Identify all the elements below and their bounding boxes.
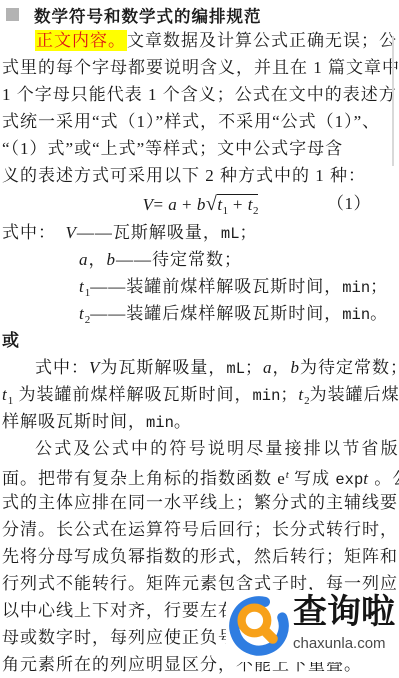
text-run: 公式及公式中的符号说明尽量接排以节省版 xyxy=(35,439,399,458)
text-line: 式里的每个字母都要说明含义，并且在 1 篇文章中 xyxy=(2,54,399,81)
text-run: 或 xyxy=(2,331,20,350)
text-run: exp xyxy=(335,471,363,489)
text-run: 写成 xyxy=(289,469,336,488)
radical-sign: √ xyxy=(206,193,217,215)
text-run: 式里的每个字母都要说明含义，并且在 1 篇文章中 xyxy=(2,58,399,77)
text-run: = xyxy=(153,195,168,214)
text-run: 样解吸瓦斯时间， xyxy=(2,412,146,431)
brand-domain: chaxunla.com xyxy=(293,636,395,652)
text-run: min xyxy=(252,387,280,405)
text-run: a xyxy=(263,358,273,377)
text-line: 义的表述方式可采用以下 2 种方式中的 1 种： xyxy=(2,162,399,189)
text-line: 式中： V——瓦斯解吸量，mL； xyxy=(2,219,399,246)
text-run: mL xyxy=(226,360,245,378)
right-edge-divider xyxy=(392,36,394,166)
text-run: ； xyxy=(280,385,298,404)
text-run: 义的表述方式可采用以下 2 种方式中的 1 种： xyxy=(2,166,366,185)
text-line: a，b——待定常数； xyxy=(2,246,399,273)
text-run: 为瓦斯解吸量， xyxy=(100,358,226,377)
text-run: ——待定常数； xyxy=(116,250,242,269)
text-run: 式的主体应排在同一水平线上；繁分式的主辅线要 xyxy=(2,493,398,512)
text-line: 公式及公式中的符号说明尽量接排以节省版 xyxy=(2,435,399,462)
text-run: a xyxy=(168,195,177,214)
text-run: + xyxy=(177,195,197,214)
text-line: 式中：V为瓦斯解吸量，mL；a，b为待定常数； xyxy=(2,354,399,381)
text-run: 为装罐前煤样解吸瓦斯时间， xyxy=(13,385,252,404)
text-line: t1 为装罐前煤样解吸瓦斯时间，min；t2为装罐后煤 xyxy=(2,381,399,408)
watermark-text: 查询啦 chaxunla.com xyxy=(293,590,395,652)
text-run: V xyxy=(66,223,77,242)
text-run: 先将分母写成负幂指数的形式，然后转行；矩阵和 xyxy=(2,547,398,566)
text-run: ； xyxy=(245,358,263,377)
equation-number: （1） xyxy=(327,189,371,219)
highlighted-text: 正文内容。 xyxy=(35,30,127,51)
text-line: 式的主体应排在同一水平线上；繁分式的主辅线要 xyxy=(2,489,399,516)
text-run: 式中： xyxy=(2,223,66,242)
text-run: 为装罐后煤 xyxy=(310,385,399,404)
text-run: min xyxy=(146,414,174,432)
text-run: V xyxy=(143,195,154,214)
page-title: 数学符号和数学式的编排规范 xyxy=(34,3,262,27)
document-body: 正文内容。文章数据及计算公式正确无误；公式里的每个字母都要说明含义，并且在 1 … xyxy=(2,27,399,678)
text-run: 2 xyxy=(253,205,259,217)
text-run: ——瓦斯解吸量， xyxy=(77,223,221,242)
section-heading: 数学符号和数学式的编排规范 xyxy=(2,0,399,27)
text-run: 。 xyxy=(174,412,192,431)
text-run: 分清。长公式在运算符号后回行；长分式转行时， xyxy=(2,520,398,539)
text-run: 式统一采用“式（1）”样式，不采用“公式（1）”、 xyxy=(2,112,380,131)
text-run: + xyxy=(228,195,248,214)
text-run: 母或数字时，每列应使正负号 xyxy=(2,628,236,647)
text-run: ， xyxy=(89,250,107,269)
text-line: 先将分母写成负幂指数的形式，然后转行；矩阵和 xyxy=(2,543,399,570)
text-line: 1 个字母只能代表 1 个含义；公式在文中的表述方 xyxy=(2,81,399,108)
blue-ring xyxy=(227,594,290,657)
magnifier-handle xyxy=(265,631,273,639)
text-run: b xyxy=(291,358,301,377)
text-run: min xyxy=(342,279,370,297)
text-line: t1——装罐前煤样解吸瓦斯时间，min； xyxy=(2,273,399,300)
square-bullet-icon xyxy=(6,8,19,21)
formula-line: V= a + b√t1 + t2（1） xyxy=(2,189,399,219)
text-line: 样解吸瓦斯时间，min。 xyxy=(2,408,399,435)
text-run: ——装罐后煤样解吸瓦斯时间， xyxy=(90,304,342,323)
text-line: 式统一采用“式（1）”样式，不采用“公式（1）”、 xyxy=(2,108,399,135)
document-page: 数学符号和数学式的编排规范 正文内容。文章数据及计算公式正确无误；公式里的每个字… xyxy=(0,0,399,678)
text-run: 式中： xyxy=(35,358,89,377)
text-run: ； xyxy=(240,223,258,242)
text-line: 面。把带有复杂上角标的指数函数 et 写成 expt 。公 xyxy=(2,462,399,489)
text-run: e xyxy=(277,469,286,488)
text-line: t2——装罐后煤样解吸瓦斯时间，min。 xyxy=(2,300,399,327)
text-run: 文章数据及计算公式正确无误；公 xyxy=(127,31,397,50)
text-run: 。公 xyxy=(369,469,399,488)
text-run: a xyxy=(79,250,89,269)
radicand: t1 + t2 xyxy=(217,194,258,214)
text-line: 正文内容。文章数据及计算公式正确无误；公 xyxy=(2,27,399,54)
text-line: 分清。长公式在运算符号后回行；长分式转行时， xyxy=(2,516,399,543)
text-line: “（1）式”或“上式”等样式；文中公式字母含 xyxy=(2,135,399,162)
text-run: 1 个字母只能代表 1 个含义；公式在文中的表述方 xyxy=(2,85,397,104)
text-run: 以中心线上下对齐，行要左右 xyxy=(2,601,236,620)
text-run: 为待定常数； xyxy=(300,358,399,377)
text-run: b xyxy=(197,195,206,214)
text-run: ； xyxy=(370,277,388,296)
text-run: 面。把带有复杂上角标的指数函数 xyxy=(2,469,277,488)
brand-name: 查询啦 xyxy=(293,590,395,636)
text-run: min xyxy=(342,306,370,324)
text-run: “（1）式”或“上式”等样式；文中公式字母含 xyxy=(2,139,343,158)
text-line: 或 xyxy=(2,327,399,354)
text-run: mL xyxy=(221,225,240,243)
magnifier-icon xyxy=(226,592,292,658)
text-run: V xyxy=(89,358,100,377)
watermark-logo: 查询啦 chaxunla.com xyxy=(226,590,399,662)
text-run: 。 xyxy=(370,304,388,323)
text-run: ——装罐前煤样解吸瓦斯时间， xyxy=(90,277,342,296)
text-run: b xyxy=(107,250,117,269)
text-run: ， xyxy=(273,358,291,377)
